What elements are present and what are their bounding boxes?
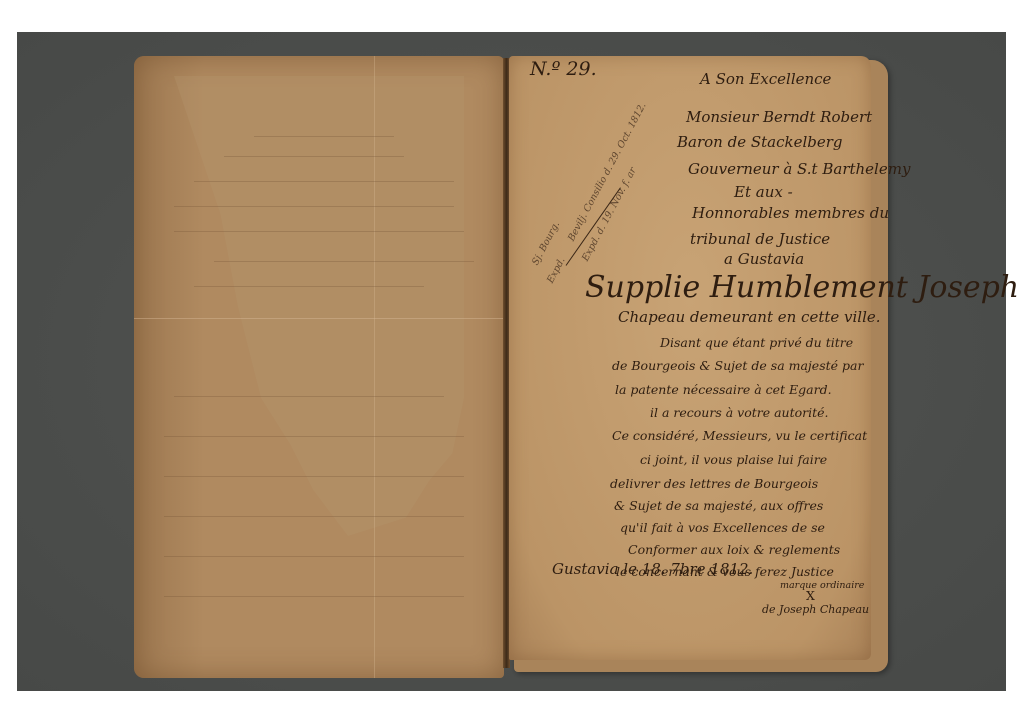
folio-number: N.º 29. bbox=[530, 58, 597, 80]
body-line-11: qu'il fait à vos Excellences de se bbox=[620, 520, 825, 535]
mark-label: marque ordinaire bbox=[780, 580, 864, 591]
address-line-7: tribunal de Justice bbox=[690, 230, 830, 248]
bleed-through-line bbox=[164, 516, 464, 517]
bleed-through-line bbox=[174, 206, 454, 207]
bleed-through-line bbox=[164, 436, 464, 437]
bleed-through-line bbox=[164, 556, 464, 557]
body-line-9: delivrer des lettres de Bourgeois bbox=[610, 476, 818, 491]
body-line-2: Chapeau demeurant en cette ville. bbox=[618, 308, 881, 326]
place-date: Gustavia le 18. 7bre 1812. bbox=[552, 560, 753, 578]
water-stain-region bbox=[174, 76, 464, 536]
body-line-4: de Bourgeois & Sujet de sa majesté par bbox=[612, 358, 863, 373]
address-line-2: Monsieur Berndt Robert bbox=[686, 108, 872, 126]
bleed-through-line bbox=[164, 476, 464, 477]
signature-mark: X bbox=[806, 588, 815, 603]
bleed-through-line bbox=[194, 181, 454, 182]
body-line-8: ci joint, il vous plaise lui faire bbox=[640, 452, 827, 467]
address-line-5: Et aux - bbox=[734, 183, 793, 201]
body-line-5: la patente nécessaire à cet Egard. bbox=[615, 382, 832, 397]
address-line-6: Honnorables membres du bbox=[692, 204, 889, 222]
left-page bbox=[134, 56, 504, 678]
body-line-12: Conformer aux loix & reglements bbox=[628, 542, 840, 557]
bleed-through-line bbox=[174, 231, 464, 232]
bleed-through-line bbox=[254, 136, 394, 137]
water-stain-edge bbox=[134, 56, 204, 678]
address-line-4: Gouverneur à S.t Barthelemy bbox=[688, 160, 910, 178]
horizontal-fold bbox=[134, 318, 504, 319]
body-line-3: Disant que étant privé du titre bbox=[660, 335, 853, 350]
bleed-through-line bbox=[194, 286, 424, 287]
body-line-7: Ce considéré, Messieurs, vu le certifica… bbox=[612, 428, 867, 443]
signature-name: de Joseph Chapeau bbox=[762, 603, 869, 616]
bleed-through-line bbox=[164, 596, 464, 597]
address-line-1: A Son Excellence bbox=[700, 70, 831, 88]
address-line-3: Baron de Stackelberg bbox=[677, 133, 843, 151]
body-line-6: il a recours à votre autorité. bbox=[650, 405, 829, 420]
body-line-1: Supplie Humblement Joseph bbox=[585, 270, 1019, 305]
vertical-fold bbox=[374, 56, 375, 678]
bleed-through-line bbox=[224, 156, 404, 157]
body-line-10: & Sujet de sa majesté, aux offres bbox=[614, 498, 823, 513]
address-line-8: a Gustavia bbox=[724, 250, 804, 268]
bleed-through-line bbox=[174, 396, 444, 397]
bleed-through-line bbox=[214, 261, 474, 262]
